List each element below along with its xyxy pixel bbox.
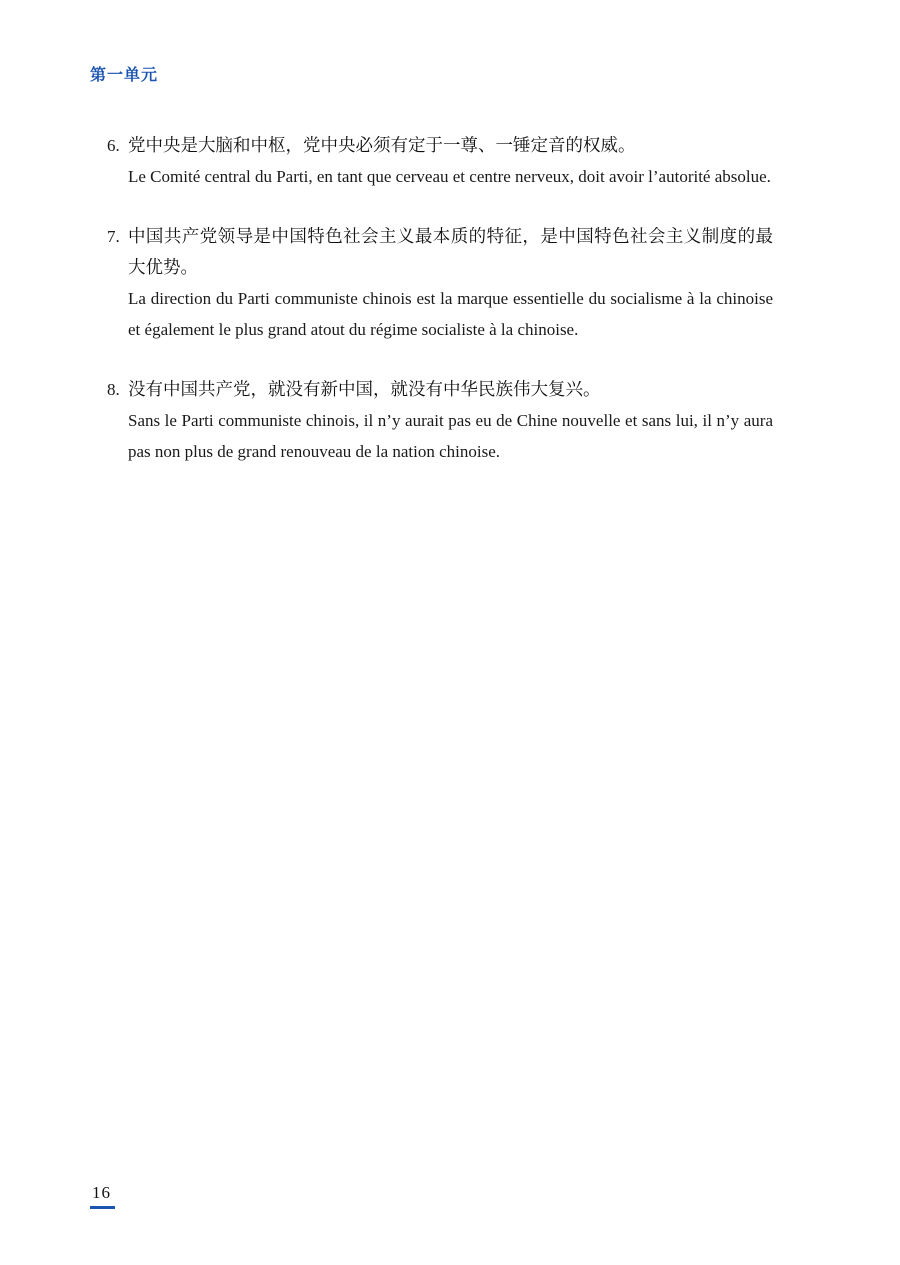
page-number: 16 [90,1183,115,1203]
sentence-list: 6. 党中央是大脑和中枢，党中央必须有定于一尊、一锤定音的权威。 Le Comi… [107,130,773,467]
french-translation: La direction du Parti communiste chinois… [128,283,773,345]
item-body: 没有中国共产党，就没有新中国，就没有中华民族伟大复兴。 Sans le Part… [128,374,773,467]
item-body: 中国共产党领导是中国特色社会主义最本质的特征，是中国特色社会主义制度的最大优势。… [128,221,773,345]
chinese-sentence: 党中央是大脑和中枢，党中央必须有定于一尊、一锤定音的权威。 [128,130,773,161]
page-number-underline [90,1206,115,1209]
list-item: 8. 没有中国共产党，就没有新中国，就没有中华民族伟大复兴。 Sans le P… [107,374,773,467]
item-number: 6. [107,130,128,192]
chinese-sentence: 没有中国共产党，就没有新中国，就没有中华民族伟大复兴。 [128,374,773,405]
french-translation: Le Comité central du Parti, en tant que … [128,161,773,192]
content-area: 6. 党中央是大脑和中枢，党中央必须有定于一尊、一锤定音的权威。 Le Comi… [107,130,773,496]
chinese-sentence: 中国共产党领导是中国特色社会主义最本质的特征，是中国特色社会主义制度的最大优势。 [128,221,773,283]
list-item: 7. 中国共产党领导是中国特色社会主义最本质的特征，是中国特色社会主义制度的最大… [107,221,773,345]
item-number: 7. [107,221,128,345]
item-body: 党中央是大脑和中枢，党中央必须有定于一尊、一锤定音的权威。 Le Comité … [128,130,773,192]
item-number: 8. [107,374,128,467]
unit-title: 第一单元 [90,62,158,85]
french-translation: Sans le Parti communiste chinois, il n’y… [128,405,773,467]
page-footer: 16 [90,1183,115,1209]
page-header: 第一单元 [90,62,158,85]
document-page: 第一单元 6. 党中央是大脑和中枢，党中央必须有定于一尊、一锤定音的权威。 Le… [0,0,900,1265]
list-item: 6. 党中央是大脑和中枢，党中央必须有定于一尊、一锤定音的权威。 Le Comi… [107,130,773,192]
